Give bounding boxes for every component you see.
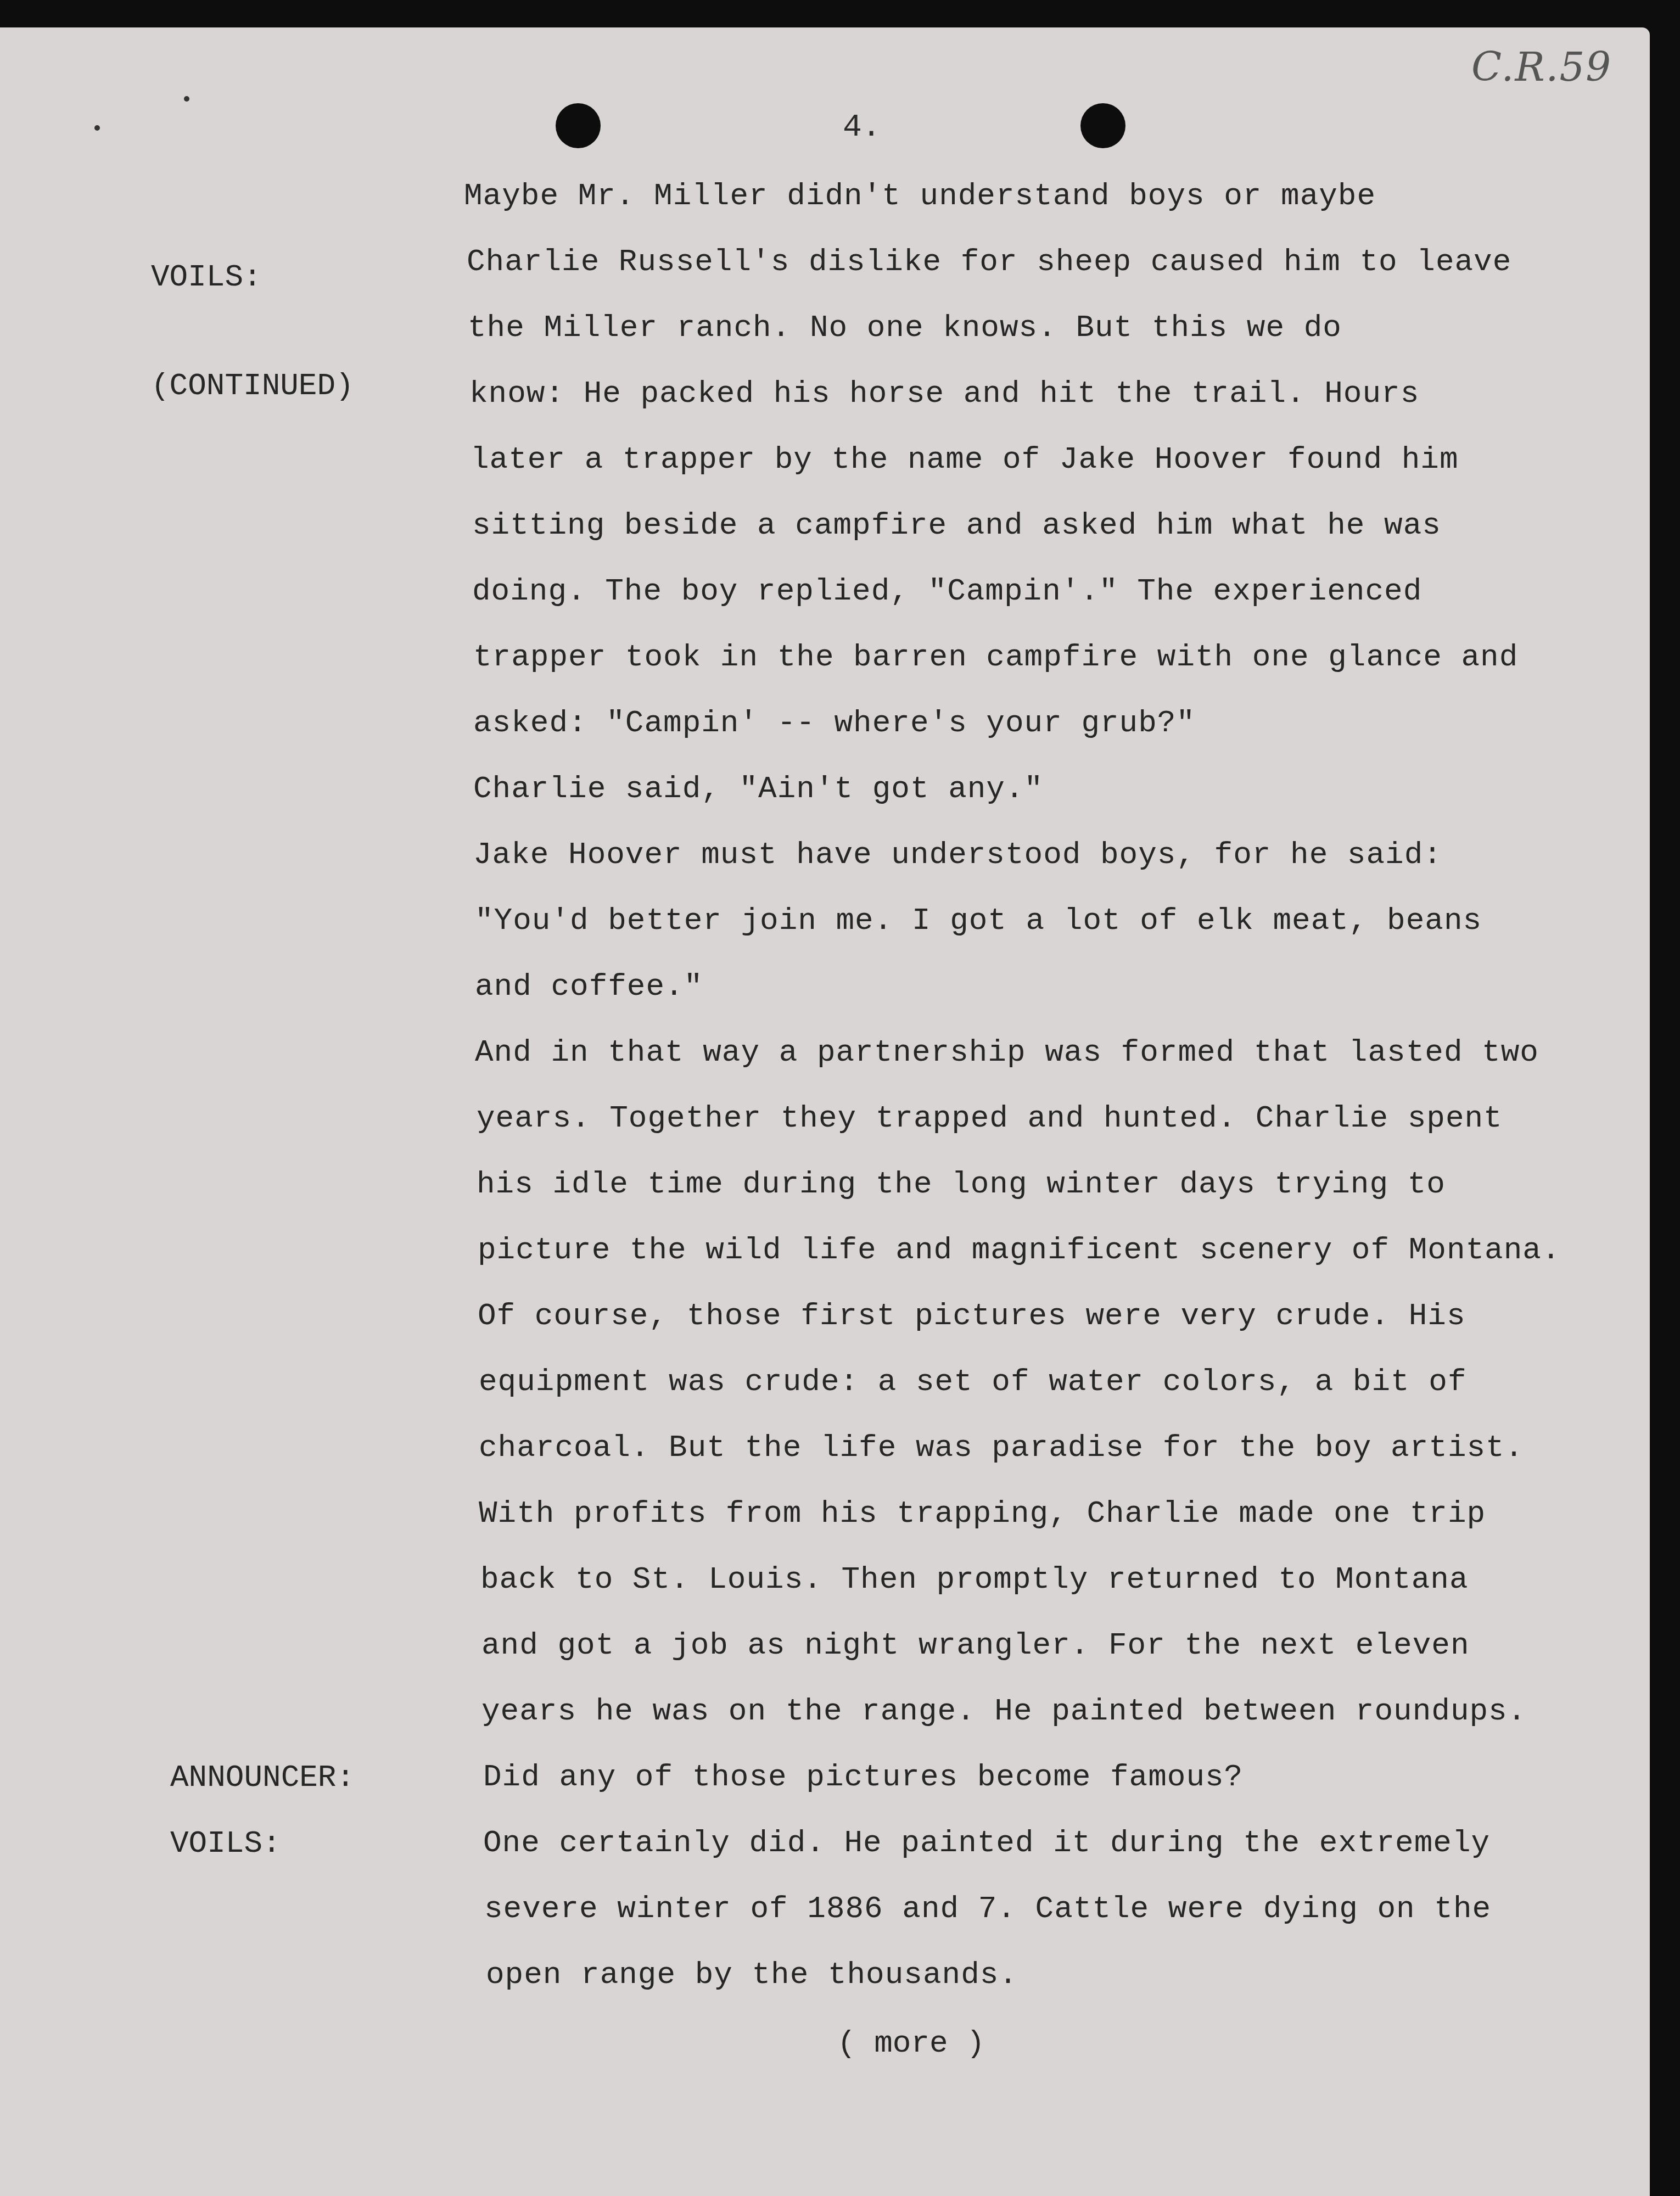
speaker-announcer: ANNOUNCER: — [170, 1760, 355, 1796]
page-number: 4. — [843, 110, 881, 145]
script-line: doing. The boy replied, "Campin'." The e… — [472, 574, 1422, 609]
script-line: Maybe Mr. Miller didn't understand boys … — [464, 178, 1376, 214]
ink-dot — [94, 125, 100, 131]
script-line: severe winter of 1886 and 7. Cattle were… — [484, 1891, 1491, 1926]
script-line: years. Together they trapped and hunted.… — [477, 1101, 1503, 1136]
speaker-voils: VOILS: — [170, 1825, 281, 1862]
punch-hole-right — [1080, 103, 1125, 148]
script-line: "You'd better join me. I got a lot of el… — [475, 903, 1482, 938]
script-line: his idle time during the long winter day… — [477, 1167, 1446, 1202]
script-line: open range by the thousands. — [486, 1957, 1018, 1992]
script-line: sitting beside a campfire and asked him … — [472, 508, 1441, 543]
script-line: Charlie said, "Ain't got any." — [473, 771, 1043, 806]
speaker-voils-continued: VOILS: (CONTINUED) — [151, 187, 354, 477]
script-line: years he was on the range. He painted be… — [481, 1694, 1526, 1729]
script-line: later a trapper by the name of Jake Hoov… — [471, 442, 1458, 477]
speaker-continued-label: (CONTINUED) — [151, 368, 354, 404]
continuation-marker: ( more ) — [837, 2026, 985, 2061]
script-line: equipment was crude: a set of water colo… — [479, 1364, 1466, 1399]
typewritten-page: C.R.59 4. VOILS: (CONTINUED) ANNOUNCER: … — [0, 27, 1650, 2196]
punch-hole-left — [556, 103, 601, 148]
script-line: and got a job as night wrangler. For the… — [481, 1628, 1469, 1663]
script-line: One certainly did. He painted it during … — [483, 1825, 1490, 1861]
script-line: the Miller ranch. No one knows. But this… — [468, 310, 1342, 345]
script-line: Did any of those pictures become famous? — [483, 1760, 1243, 1795]
script-line: Of course, those first pictures were ver… — [478, 1298, 1465, 1334]
ink-dot — [184, 96, 189, 102]
script-line: With profits from his trapping, Charlie … — [479, 1496, 1486, 1531]
script-line: know: He packed his horse and hit the tr… — [469, 376, 1419, 411]
script-line: charcoal. But the life was paradise for … — [479, 1430, 1524, 1465]
speaker-label: VOILS: — [151, 259, 354, 295]
script-line: And in that way a partnership was formed… — [475, 1035, 1539, 1070]
script-line: back to St. Louis. Then promptly returne… — [480, 1562, 1468, 1597]
script-line: picture the wild life and magnificent sc… — [478, 1233, 1561, 1268]
handwritten-note: C.R.59 — [1471, 44, 1612, 90]
script-line: Jake Hoover must have understood boys, f… — [473, 837, 1442, 872]
script-line: asked: "Campin' -- where's your grub?" — [473, 705, 1195, 741]
script-line: Charlie Russell's dislike for sheep caus… — [467, 244, 1511, 279]
script-line: and coffee." — [475, 969, 703, 1004]
script-line: trapper took in the barren campfire with… — [473, 640, 1518, 675]
